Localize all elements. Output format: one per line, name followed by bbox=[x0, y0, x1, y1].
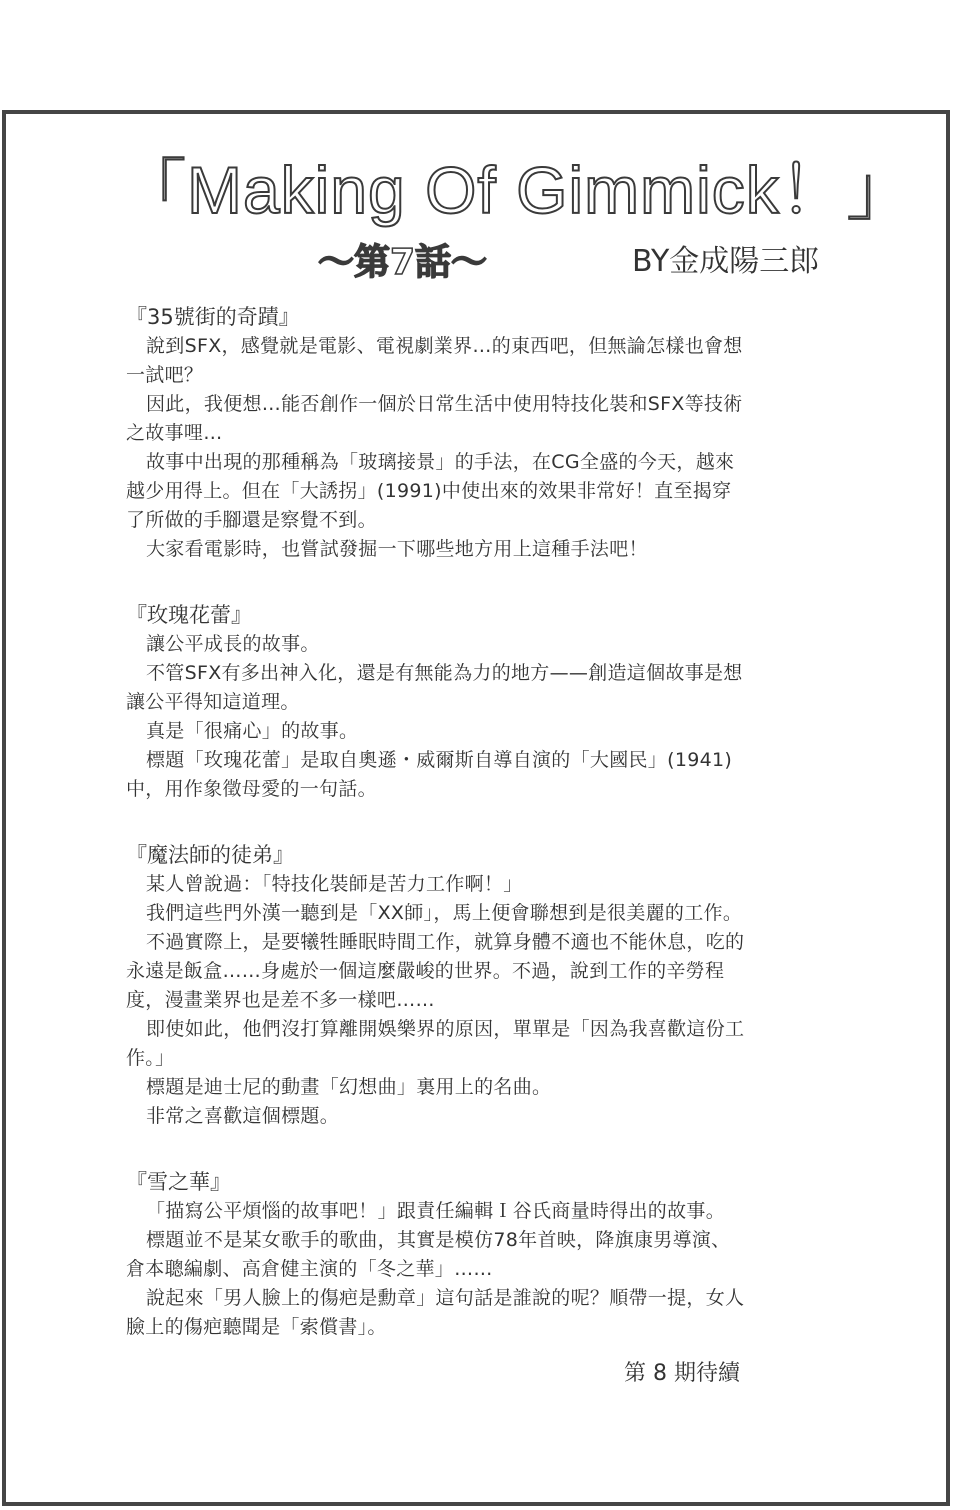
paragraph: 說到SFX，感覺就是電影、電視劇業界…的東西吧，但無論怎樣也會想一試吧？ bbox=[126, 332, 746, 390]
section-sorcerers-apprentice: 『魔法師的徒弟』 某人曾說過：「特技化裝師是苦力工作啊！」 我們這些門外漢一聽到… bbox=[126, 840, 746, 1131]
paragraph: 故事中出現的那種稱為「玻璃接景」的手法，在CG全盛的今天，越來越少用得上。但在「… bbox=[126, 448, 746, 535]
episode-label: 〜第7話〜 bbox=[318, 238, 538, 288]
paragraph: 非常之喜歡這個標題。 bbox=[126, 1102, 746, 1131]
paragraph: 標題並不是某女歌手的歌曲，其實是模仿78年首映，降旗康男導演、倉本聰編劇、高倉健… bbox=[126, 1226, 746, 1284]
paragraph: 標題是迪士尼的動畫「幻想曲」裏用上的名曲。 bbox=[126, 1073, 746, 1102]
paragraph: 說起來「男人臉上的傷疤是勳章」這句話是誰說的呢？順帶一提，女人臉上的傷疤聽聞是「… bbox=[126, 1284, 746, 1342]
section-title: 『35號街的奇蹟』 bbox=[126, 302, 746, 332]
page-title: 「Making Of Gimmick！」 bbox=[120, 150, 840, 230]
paragraph: 不過實際上，是要犧牲睡眠時間工作，就算身體不適也不能休息，吃的永遠是飯盒……身處… bbox=[126, 928, 746, 1015]
paragraph: 因此，我便想…能否創作一個於日常生活中使用特技化裝和SFX等技術之故事哩… bbox=[126, 390, 746, 448]
paragraph: 不管SFX有多出神入化，還是有無能為力的地方——創造這個故事是想讓公平得知這道理… bbox=[126, 659, 746, 717]
section-title: 『魔法師的徒弟』 bbox=[126, 840, 746, 870]
paragraph: 讓公平成長的故事。 bbox=[126, 630, 746, 659]
paragraph: 即使如此，他們沒打算離開娛樂界的原因，單單是「因為我喜歡這份工作。」 bbox=[126, 1015, 746, 1073]
author-byline: BY金成陽三郎 bbox=[632, 240, 819, 284]
section-snow-flower: 『雪之華』 「描寫公平煩惱的故事吧！」跟責任編輯Ｉ谷氏商量時得出的故事。 標題並… bbox=[126, 1167, 746, 1342]
paragraph: 真是「很痛心」的故事。 bbox=[126, 717, 746, 746]
section-35th-street: 『35號街的奇蹟』 說到SFX，感覺就是電影、電視劇業界…的東西吧，但無論怎樣也… bbox=[126, 302, 746, 564]
section-rosebud: 『玫瑰花蕾』 讓公平成長的故事。 不管SFX有多出神入化，還是有無能為力的地方—… bbox=[126, 600, 746, 804]
section-title: 『玫瑰花蕾』 bbox=[126, 600, 746, 630]
paragraph: 標題「玫瑰花蕾」是取自奧遜・威爾斯自導自演的「大國民」(1941)中，用作象徵母… bbox=[126, 746, 746, 804]
article-body: 『35號街的奇蹟』 說到SFX，感覺就是電影、電視劇業界…的東西吧，但無論怎樣也… bbox=[126, 302, 746, 1342]
paragraph: 我們這些門外漢一聽到是「XX師」，馬上便會聯想到是很美麗的工作。 bbox=[126, 899, 746, 928]
paragraph: 大家看電影時，也嘗試發掘一下哪些地方用上這種手法吧！ bbox=[126, 535, 746, 564]
to-be-continued-note: 第 8 期待續 bbox=[624, 1358, 740, 1390]
paragraph: 「描寫公平煩惱的故事吧！」跟責任編輯Ｉ谷氏商量時得出的故事。 bbox=[126, 1197, 746, 1226]
section-title: 『雪之華』 bbox=[126, 1167, 746, 1197]
paragraph: 某人曾說過：「特技化裝師是苦力工作啊！」 bbox=[126, 870, 746, 899]
